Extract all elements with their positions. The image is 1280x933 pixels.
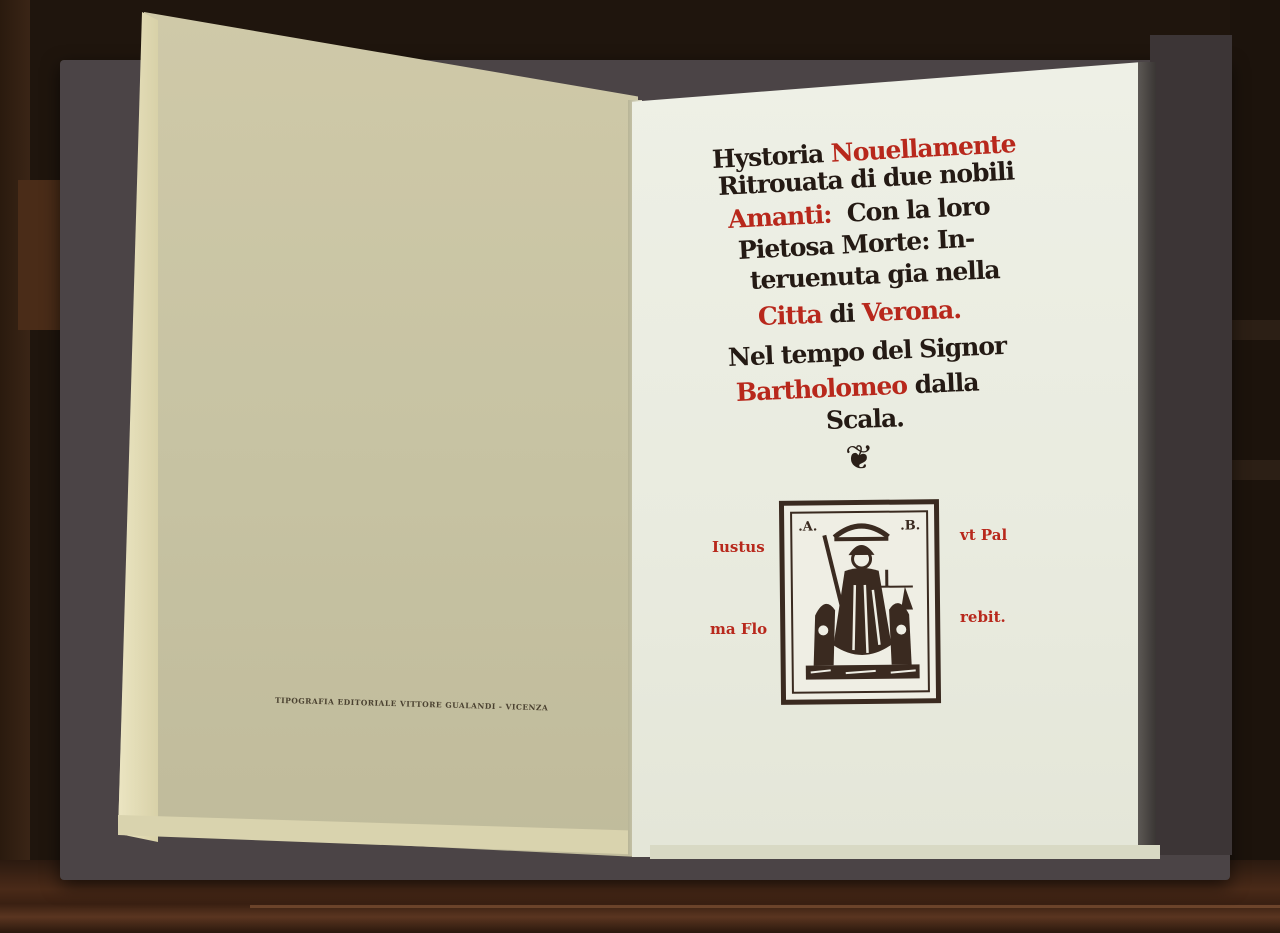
motto-top-left: Iustus <box>712 538 765 556</box>
justice-woodcut: .A. .B. <box>779 499 941 705</box>
title-word-red: Verona. <box>862 295 962 327</box>
page-stack-edge <box>1138 62 1156 852</box>
title-word: di <box>821 298 862 328</box>
motto-bottom-left: ma Flo <box>710 620 767 638</box>
title-word-red: Citta <box>757 300 822 331</box>
photo-scene: TIPOGRAFIA EDITORIALE VITTORE GUALANDI -… <box>0 0 1280 933</box>
justice-figure-icon <box>804 514 920 685</box>
background-shelf-post <box>0 0 30 933</box>
ledge-highlight <box>250 905 1280 908</box>
title-word: dalla <box>906 367 979 399</box>
title-line-9: Scala. <box>825 403 904 435</box>
motto-top-right: vt Pal <box>960 526 1007 544</box>
title-page-bottom-edge <box>650 845 1160 859</box>
title-word-red: Amanti: <box>727 200 832 234</box>
title-word: Scala. <box>825 403 904 435</box>
book-cover-back <box>1150 35 1232 855</box>
motto-bottom-right: rebit. <box>960 608 1006 626</box>
fleuron-ornament-icon: ❦ <box>845 438 874 478</box>
left-page <box>118 12 638 857</box>
